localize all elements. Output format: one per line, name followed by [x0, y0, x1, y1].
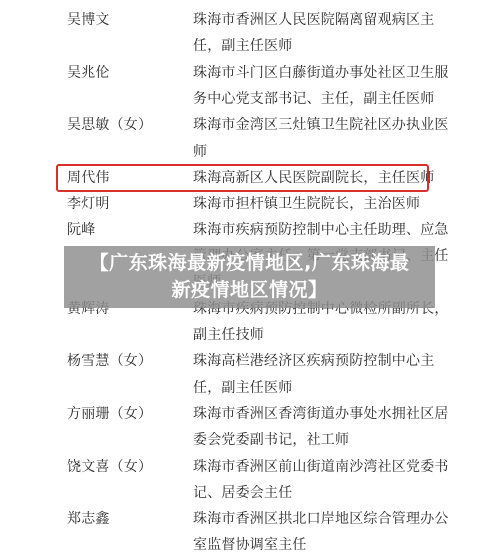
overlay-title-line2: 新疫情地区情况】: [64, 277, 435, 304]
person-title: 珠海市金湾区三灶镇卫生院社区办执业医: [193, 112, 449, 138]
person-title: 珠海市香洲区拱北口岸地区综合管理办公: [193, 506, 449, 532]
person-name: 饶文喜（女）: [67, 454, 152, 480]
person-title: 副主任技师: [193, 322, 264, 348]
person-name: 李灯明: [67, 191, 110, 217]
person-title: 珠海市斗门区白藤街道办事处社区卫生服: [193, 60, 449, 86]
title-overlay-banner: 【广东珠海最新疫情地区,广东珠海最 新疫情地区情况】: [64, 246, 435, 308]
person-title: 室监督协调室主任: [193, 532, 307, 555]
person-name: 阮峰: [67, 217, 95, 243]
person-title: 珠海市香洲区前山街道南沙湾社区党委书: [193, 454, 449, 480]
overlay-title-line1: 【广东珠海最新疫情地区,广东珠海最: [64, 250, 435, 277]
person-title: 珠海市香洲区人民医院隔离留观病区主: [193, 7, 434, 33]
person-title: 记、居委会主任: [193, 480, 292, 506]
person-title: 务中心党支部书记、主任，副主任医师: [193, 86, 434, 112]
person-name-highlighted: 周代伟: [67, 165, 110, 191]
person-name: 郑志鑫: [67, 506, 110, 532]
person-title-highlighted: 珠海高新区人民医院副院长，主任医师: [193, 165, 434, 191]
person-title: 师: [193, 139, 207, 165]
person-name: 吴兆伦: [67, 60, 110, 86]
person-title: 珠海高栏港经济区疾病预防控制中心主: [193, 348, 434, 374]
person-title: 任，副主任医师: [193, 375, 292, 401]
person-title: 任，副主任医师: [193, 33, 292, 59]
document-page: 吴博文 珠海市香洲区人民医院隔离留观病区主 任，副主任医师 吴兆伦 珠海市斗门区…: [0, 0, 500, 555]
person-title: 珠海市疾病预防控制中心主任助理、应急: [193, 217, 449, 243]
person-title: 珠海市香洲区香湾街道办事处水拥社区居: [193, 401, 449, 427]
person-title: 委会党委副书记，社工师: [193, 427, 349, 453]
person-name: 杨雪慧（女）: [67, 348, 152, 374]
person-name: 吴博文: [67, 7, 110, 33]
person-name: 吴思敏（女）: [67, 112, 152, 138]
person-name: 方丽珊（女）: [67, 401, 152, 427]
person-title: 珠海市担杆镇卫生院院长，主治医师: [193, 191, 420, 217]
